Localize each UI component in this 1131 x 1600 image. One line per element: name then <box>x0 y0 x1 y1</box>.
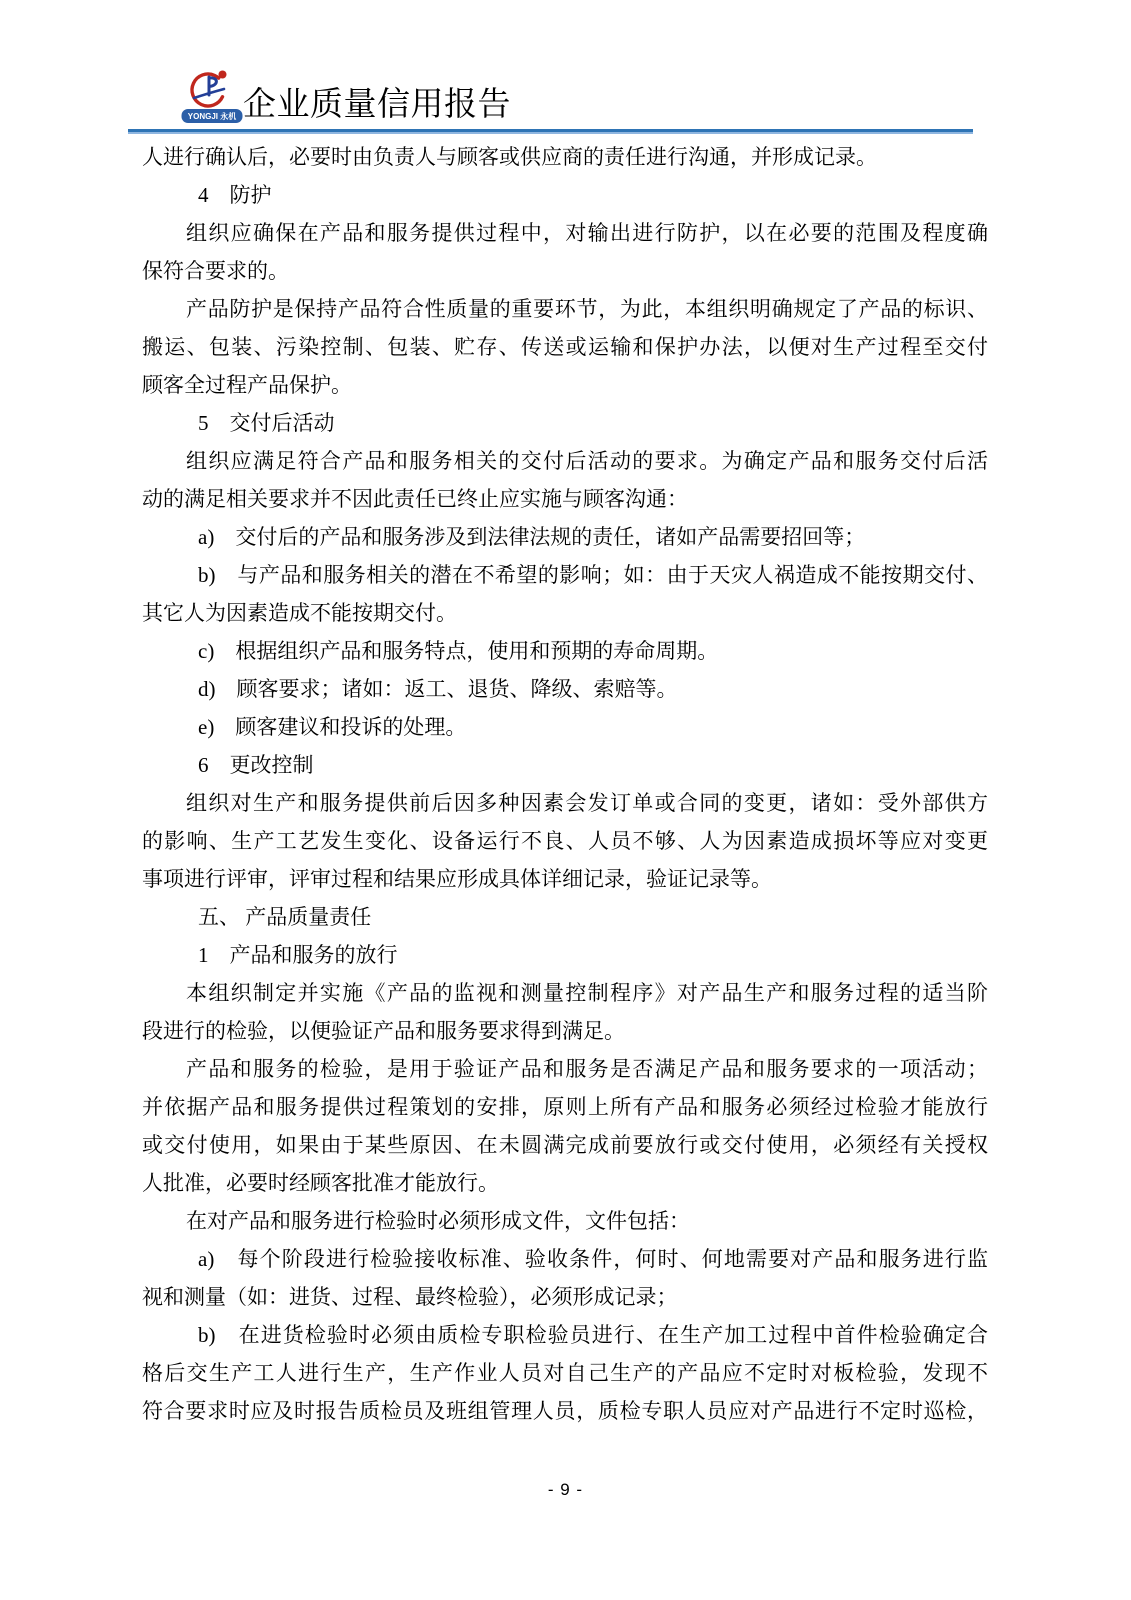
text-line: 1 产品和服务的放行 <box>142 936 988 974</box>
text-line: 或交付使用，如果由于某些原因、在未圆满完成前要放行或交付使用，必须经有关授权 <box>142 1126 988 1164</box>
logo-banner-text: YONGJI 永机 <box>188 111 236 121</box>
text-line: 产品防护是保持产品符合性质量的重要环节，为此，本组织明确规定了产品的标识、 <box>142 290 988 328</box>
text-line: 产品和服务的检验，是用于验证产品和服务是否满足产品和服务要求的一项活动； <box>142 1050 988 1088</box>
text-line: c) 根据组织产品和服务特点，使用和预期的寿命周期。 <box>142 632 988 670</box>
text-line: e) 顾客建议和投诉的处理。 <box>142 708 988 746</box>
document-body: 人进行确认后，必要时由负责人与顾客或供应商的责任进行沟通，并形成记录。4 防护组… <box>142 138 988 1430</box>
text-line: b) 在进货检验时必须由质检专职检验员进行、在生产加工过程中首件检验确定合 <box>142 1316 988 1354</box>
text-line: 保符合要求的。 <box>142 252 988 290</box>
text-line: 五、 产品质量责任 <box>142 898 988 936</box>
text-line: 本组织制定并实施《产品的监视和测量控制程序》对产品生产和服务过程的适当阶 <box>142 974 988 1012</box>
company-logo: YONGJI 永机 <box>181 64 243 126</box>
document-page: YONGJI 永机 企业质量信用报告 人进行确认后，必要时由负责人与顾客或供应商… <box>0 0 1131 1600</box>
logo-dot <box>219 71 227 79</box>
text-line: 人进行确认后，必要时由负责人与顾客或供应商的责任进行沟通，并形成记录。 <box>142 138 988 176</box>
text-line: a) 交付后的产品和服务涉及到法律法规的责任，诸如产品需要招回等； <box>142 518 988 556</box>
text-line: 视和测量（如：进货、过程、最终检验），必须形成记录； <box>142 1278 988 1316</box>
text-line: 组织应满足符合产品和服务相关的交付后活动的要求。为确定产品和服务交付后活 <box>142 442 988 480</box>
text-line: 组织对生产和服务提供前后因多种因素会发订单或合同的变更，诸如：受外部供方 <box>142 784 988 822</box>
text-line: 4 防护 <box>142 176 988 214</box>
text-line: 的影响、生产工艺发生变化、设备运行不良、人员不够、人为因素造成损坏等应对变更 <box>142 822 988 860</box>
page-footer: - 9 - <box>0 1480 1131 1500</box>
text-line: 符合要求时应及时报告质检员及班组管理人员，质检专职人员应对产品进行不定时巡检， <box>142 1392 988 1430</box>
text-line: 格后交生产工人进行生产，生产作业人员对自己生产的产品应不定时对板检验，发现不 <box>142 1354 988 1392</box>
header-rule <box>128 129 973 134</box>
text-line: 事项进行评审，评审过程和结果应形成具体详细记录，验证记录等。 <box>142 860 988 898</box>
text-line: 组织应确保在产品和服务提供过程中，对输出进行防护，以在必要的范围及程度确 <box>142 214 988 252</box>
logo-mark-icon: YONGJI 永机 <box>181 64 243 126</box>
text-line: 段进行的检验，以便验证产品和服务要求得到满足。 <box>142 1012 988 1050</box>
text-line: 5 交付后活动 <box>142 404 988 442</box>
text-line: 在对产品和服务进行检验时必须形成文件，文件包括： <box>142 1202 988 1240</box>
report-title: 企业质量信用报告 <box>243 84 511 126</box>
text-line: 人批准，必要时经顾客批准才能放行。 <box>142 1164 988 1202</box>
text-line: a) 每个阶段进行检验接收标准、验收条件，何时、何地需要对产品和服务进行监 <box>142 1240 988 1278</box>
text-line: b) 与产品和服务相关的潜在不希望的影响；如：由于天灾人祸造成不能按期交付、 <box>142 556 988 594</box>
text-line: 动的满足相关要求并不因此责任已终止应实施与顾客沟通： <box>142 480 988 518</box>
header-rule-light-line <box>128 132 973 134</box>
text-line: 其它人为因素造成不能按期交付。 <box>142 594 988 632</box>
text-line: 6 更改控制 <box>142 746 988 784</box>
page-number: - 9 - <box>548 1480 583 1499</box>
text-line: d) 顾客要求；诸如：返工、退货、降级、索赔等。 <box>142 670 988 708</box>
text-line: 搬运、包装、污染控制、包装、贮存、传送或运输和保护办法，以便对生产过程至交付 <box>142 328 988 366</box>
text-line: 顾客全过程产品保护。 <box>142 366 988 404</box>
text-line: 并依据产品和服务提供过程策划的安排，原则上所有产品和服务必须经过检验才能放行 <box>142 1088 988 1126</box>
